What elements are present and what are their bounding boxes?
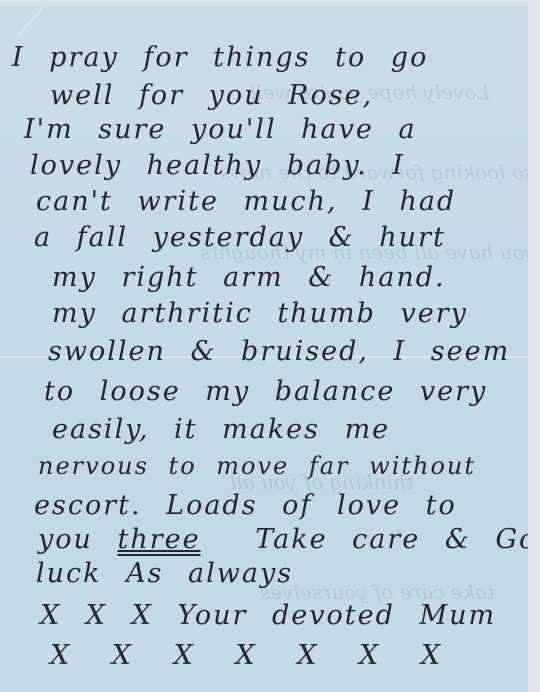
letter-signoff: X X X Your devoted Mum [40,600,496,631]
letter-line-14-rest: Take care & Good [255,524,528,555]
letter-word-you: you [38,524,93,555]
letter-line-9: swollen & bruised, I seem [48,336,510,367]
letter-word-three-underlined: three [118,524,201,555]
letter-line-11: easily, it makes me [52,414,390,445]
letter-line-14: you three Take care & Good [38,524,528,555]
letter-line-15: luck As always [36,558,293,589]
letter-line-2: well for you Rose, [50,80,373,111]
scan-edge [528,0,540,692]
letter-paper: Lovely hope you're well so looking forwa… [0,0,528,692]
letter-kisses: X X X X X X X [50,640,446,671]
letter-line-12: nervous to move far without [38,452,476,480]
letter-line-8: my arthritic thumb very [52,298,468,329]
letter-line-1: I pray for things to go [12,42,428,73]
letter-line-3: I'm sure you'll have a [24,114,417,145]
letter-line-5: can't write much, I had [36,186,456,217]
letter-line-13: escort. Loads of love to [34,490,457,521]
paper-crease [17,6,84,36]
letter-line-7: my right arm & hand. [52,262,446,293]
letter-line-10: to loose my balance very [44,376,487,407]
letter-line-4: lovely healthy baby. I [30,150,405,181]
letter-line-6: a fall yesterday & hurt [34,222,446,253]
